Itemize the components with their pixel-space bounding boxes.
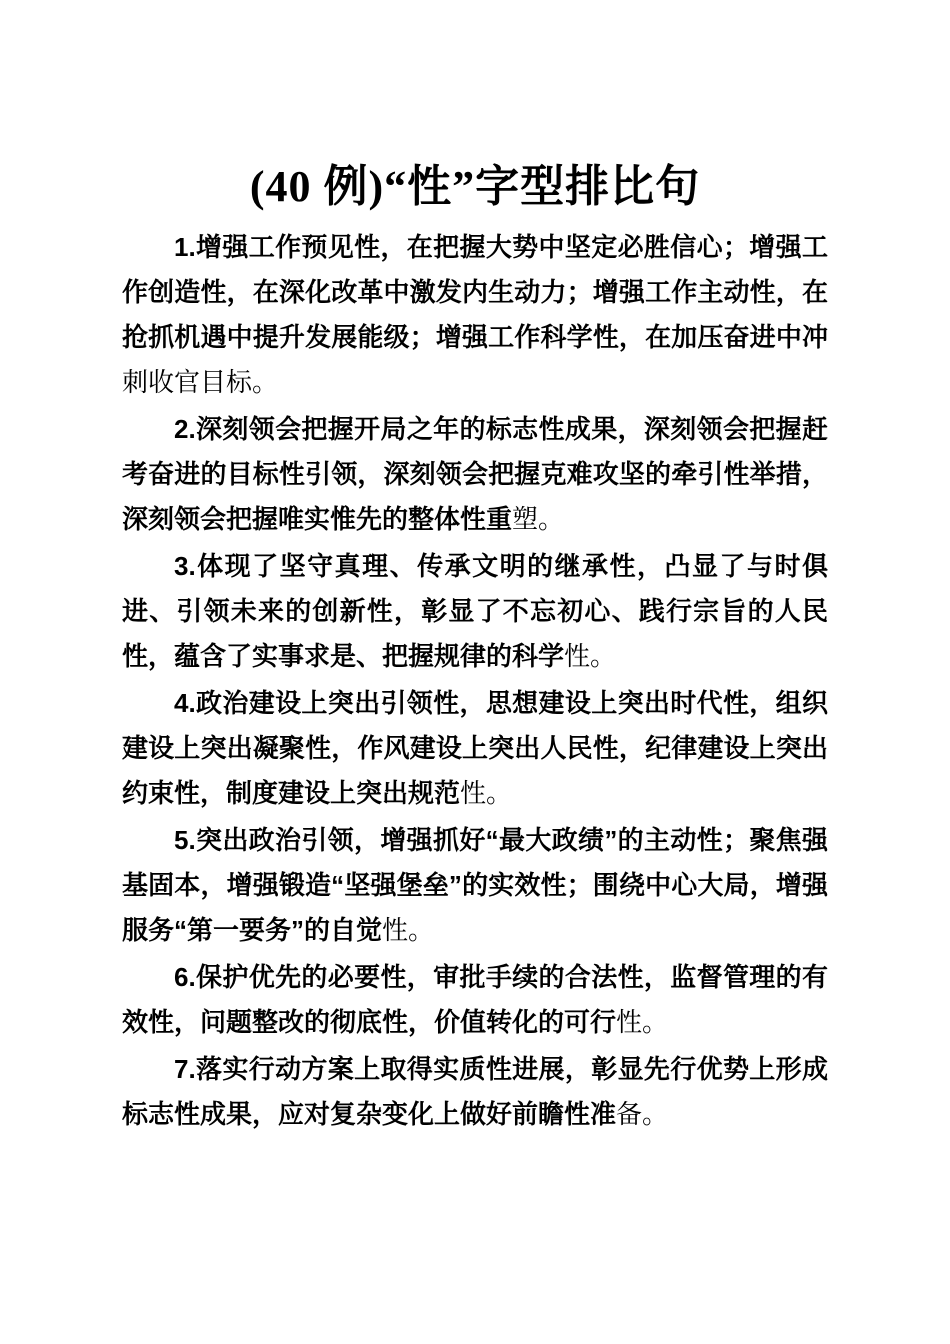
paragraph-3: 3.体现了坚守真理、传承文明的继承性，凸显了与时俱进、引领未来的创新性，彰显了不…: [122, 544, 828, 679]
page-title: (40 例)“性”字型排比句: [122, 158, 828, 216]
document-page: (40 例)“性”字型排比句 1.增强工作预见性，在把握大势中坚定必胜信心；增强…: [0, 0, 950, 1344]
paragraph-5: 5.突出政治引领，增强抓好“最大政绩”的主动性；聚焦强基固本，增强锻造“坚强堡垒…: [122, 818, 828, 953]
paragraph-regular-text: 塑。: [512, 504, 564, 534]
paragraph-regular-text: 刺收官目标。: [122, 367, 278, 397]
paragraph-regular-text: 性。: [460, 778, 512, 808]
paragraph-6: 6.保护优先的必要性，审批手续的合法性，监督管理的有效性，问题整改的彻底性，价值…: [122, 955, 828, 1045]
paragraph-4: 4.政治建设上突出引领性，思想建设上突出时代性，组织建设上突出凝聚性，作风建设上…: [122, 681, 828, 816]
paragraph-bold-text: 5.突出政治引领，增强抓好“最大政绩”的主动性；聚焦强基固本，增强锻造“坚强堡垒…: [122, 825, 828, 945]
paragraph-1: 1.增强工作预见性，在把握大势中坚定必胜信心；增强工作创造性，在深化改革中激发内…: [122, 225, 828, 405]
paragraph-regular-text: 性。: [564, 641, 616, 671]
paragraph-bold-text: 7.落实行动方案上取得实质性进展，彰显先行优势上形成标志性成果，应对复杂变化上做…: [122, 1054, 828, 1129]
paragraph-regular-text: 性。: [616, 1007, 668, 1037]
paragraph-2: 2.深刻领会把握开局之年的标志性成果，深刻领会把握赶考奋进的目标性引领，深刻领会…: [122, 407, 828, 542]
paragraph-bold-text: 2.深刻领会把握开局之年的标志性成果，深刻领会把握赶考奋进的目标性引领，深刻领会…: [122, 414, 828, 534]
paragraph-bold-text: 3.体现了坚守真理、传承文明的继承性，凸显了与时俱进、引领未来的创新性，彰显了不…: [122, 551, 828, 671]
paragraph-regular-text: 备。: [616, 1099, 668, 1129]
paragraph-regular-text: 性。: [382, 915, 434, 945]
paragraph-7: 7.落实行动方案上取得实质性进展，彰显先行优势上形成标志性成果，应对复杂变化上做…: [122, 1047, 828, 1137]
paragraph-bold-text: 6.保护优先的必要性，审批手续的合法性，监督管理的有效性，问题整改的彻底性，价值…: [122, 962, 828, 1037]
paragraph-bold-text: 1.增强工作预见性，在把握大势中坚定必胜信心；增强工作创造性，在深化改革中激发内…: [122, 232, 828, 352]
